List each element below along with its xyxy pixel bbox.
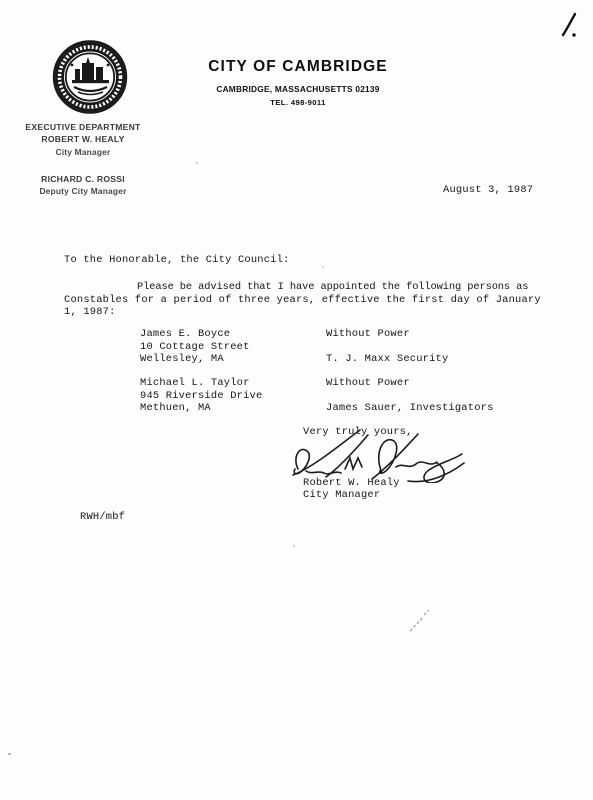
- letter-date: August 3, 1987: [443, 184, 533, 197]
- appointee-address-2: Wellesley, MA: [140, 353, 224, 366]
- appointee-address-2: Methuen, MA: [140, 402, 211, 415]
- salutation: To the Honorable, the City Council:: [64, 254, 290, 267]
- appointee-address-1: 10 Cottage Street: [140, 341, 250, 354]
- manager-name: ROBERT W. HEALY: [12, 133, 154, 145]
- deputy-name: RICHARD C. ROSSI: [12, 173, 154, 185]
- body-line-2: Constables for a period of three years, …: [64, 294, 541, 307]
- letter-page: CITY OF CAMBRIDGE CAMBRIDGE, MASSACHUSET…: [0, 0, 593, 800]
- letterhead: CITY OF CAMBRIDGE CAMBRIDGE, MASSACHUSET…: [168, 58, 428, 107]
- appointee-organization: James Sauer, Investigators: [326, 402, 494, 415]
- body-line-3: 1, 1987:: [64, 306, 116, 319]
- letterhead-address: CAMBRIDGE, MASSACHUSETTS 02139: [168, 84, 428, 94]
- appointee-name: James E. Boyce: [140, 328, 230, 341]
- officials-deputy-block: RICHARD C. ROSSI Deputy City Manager: [12, 173, 154, 198]
- appointee-organization: T. J. Maxx Security: [326, 353, 448, 366]
- reference-initials: RWH/mbf: [80, 511, 125, 524]
- scan-speck: [8, 753, 11, 755]
- signature-icon: [290, 429, 468, 483]
- appointee-address-1: 945 Riverside Drive: [140, 390, 262, 403]
- letterhead-city-name: CITY OF CAMBRIDGE: [168, 58, 428, 76]
- body-line-1: Please be advised that I have appointed …: [137, 281, 528, 294]
- city-seal-icon: [52, 40, 128, 114]
- handwritten-page-number-icon: [555, 12, 581, 38]
- department-label: EXECUTIVE DEPARTMENT: [12, 121, 154, 133]
- signer-title: City Manager: [303, 489, 380, 502]
- appointee-name: Michael L. Taylor: [140, 377, 250, 390]
- scan-speck: [322, 266, 324, 268]
- officials-executive-block: EXECUTIVE DEPARTMENT ROBERT W. HEALY Cit…: [12, 121, 154, 158]
- appointee-designation: Without Power: [326, 328, 410, 341]
- appointee-designation: Without Power: [326, 377, 410, 390]
- letterhead-phone: TEL. 498-9011: [168, 98, 428, 107]
- scan-speck: [293, 545, 295, 547]
- scan-speck: [196, 162, 198, 164]
- manager-title: City Manager: [12, 146, 154, 158]
- deputy-title: Deputy City Manager: [12, 185, 154, 197]
- scan-squiggle: [408, 608, 432, 634]
- signer-name: Robert W. Healy: [303, 477, 400, 490]
